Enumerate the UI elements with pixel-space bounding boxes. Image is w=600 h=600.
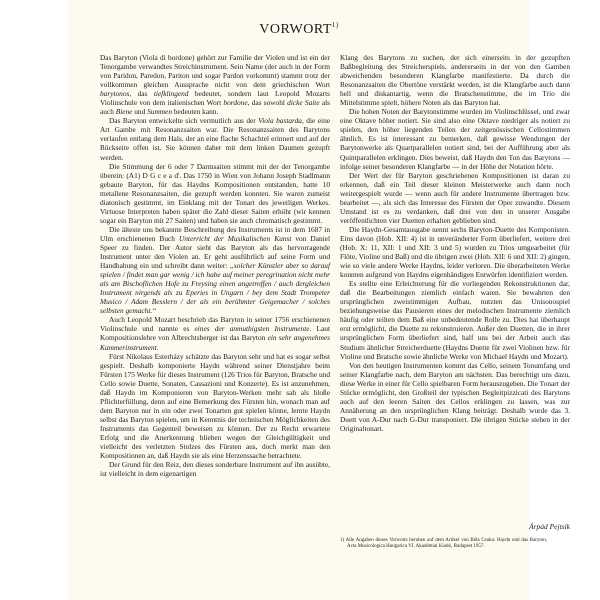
paragraph: Von den heutigen Instrumenten kommt das … bbox=[340, 361, 570, 433]
page-title: VORWORT1) bbox=[68, 22, 530, 38]
paragraph: Auch Leopold Mozart beschrieb das Baryto… bbox=[100, 315, 330, 351]
paragraph: Die Haydn-Gesamtausgabe nennt sechs Bary… bbox=[340, 225, 570, 279]
footnote-mark: 1) bbox=[332, 21, 339, 29]
paragraph: Die älteste uns bekannte Beschreibung de… bbox=[100, 225, 330, 315]
paragraph: Fürst Nikolaus Esterházy schätzte das Ba… bbox=[100, 352, 330, 461]
paragraph: Es stellte eine Erleichterung für die vo… bbox=[340, 279, 570, 360]
left-column: Das Baryton (Viola di bordone) gehört zu… bbox=[100, 53, 330, 478]
footnote: 1) Alle Angaben dieses Vorworts beruhen … bbox=[340, 538, 547, 550]
paragraph: Das Baryton entwickelte sich vermutlich … bbox=[100, 116, 330, 161]
document-page: VORWORT1) Das Baryton (Viola di bordone)… bbox=[68, 0, 530, 600]
author-signature: Árpád Pejtsik bbox=[340, 522, 570, 531]
paragraph: Die hohen Noten der Barytonstimme wurden… bbox=[340, 107, 570, 170]
paragraph: Das Baryton (Viola di bordone) gehört zu… bbox=[100, 53, 330, 116]
title-text: VORWORT bbox=[259, 22, 332, 37]
paragraph: Der Wert der für Baryton geschriebenen K… bbox=[340, 171, 570, 225]
paragraph: Der Grund für den Reiz, den dieses sonde… bbox=[100, 460, 330, 478]
right-column: Klang des Barytons zu suchen, der sich e… bbox=[340, 53, 570, 433]
paragraph: Die Stimmung der 6 oder 7 Darmsaiten sti… bbox=[100, 162, 330, 225]
paragraph: Klang des Barytons zu suchen, der sich e… bbox=[340, 53, 570, 107]
